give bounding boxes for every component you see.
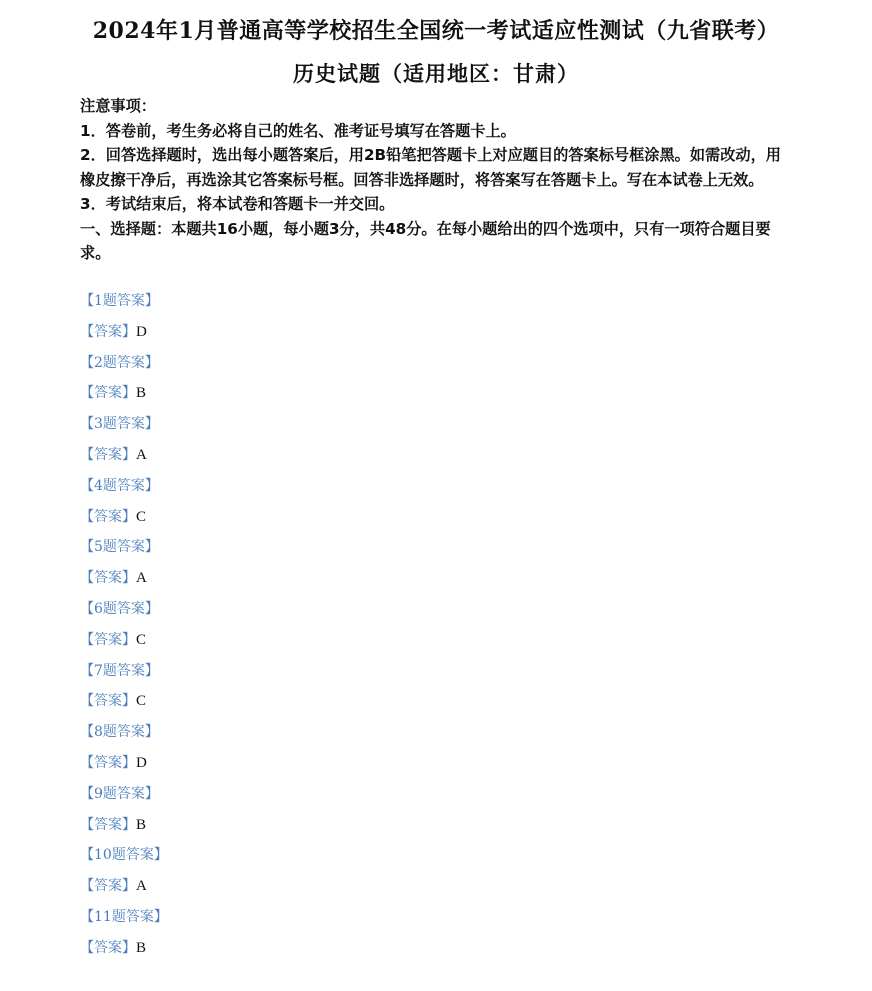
answer-value: A: [136, 447, 147, 463]
answer-prefix: 【答案】: [80, 878, 136, 894]
answer-value: A: [136, 570, 147, 586]
answer-row: 【答案】C: [80, 629, 168, 660]
answer-prefix: 【答案】: [80, 509, 136, 525]
answer-row: 【答案】B: [80, 382, 168, 413]
answer-row: 【答案】D: [80, 321, 168, 352]
question-label-row: 【4题答案】: [80, 475, 168, 506]
question-label: 【4题答案】: [80, 478, 159, 494]
answer-value: C: [136, 693, 146, 709]
question-label: 【6题答案】: [80, 601, 159, 617]
answer-value: C: [136, 632, 146, 648]
answer-row: 【答案】B: [80, 814, 168, 845]
answer-prefix: 【答案】: [80, 632, 136, 648]
question-label-row: 【9题答案】: [80, 783, 168, 814]
answer-row: 【答案】C: [80, 506, 168, 537]
question-label-row: 【1题答案】: [80, 290, 168, 321]
question-label: 【2题答案】: [80, 355, 159, 371]
instruction-item: 1．答卷前，考生务必将自己的姓名、准考证号填写在答题卡上。: [80, 119, 795, 144]
answer-prefix: 【答案】: [80, 940, 136, 956]
exam-title: 2024年1月普通高等学校招生全国统一考试适应性测试（九省联考）: [0, 14, 872, 45]
instruction-item: 3．考试结束后，将本试卷和答题卡一并交回。: [80, 192, 795, 217]
question-label-row: 【10题答案】: [80, 844, 168, 875]
question-label: 【1题答案】: [80, 293, 159, 309]
question-label: 【7题答案】: [80, 663, 159, 679]
question-label-row: 【8题答案】: [80, 721, 168, 752]
answer-row: 【答案】A: [80, 444, 168, 475]
question-label-row: 【3题答案】: [80, 413, 168, 444]
answer-value: B: [136, 817, 146, 833]
question-label-row: 【7题答案】: [80, 660, 168, 691]
question-label-row: 【2题答案】: [80, 352, 168, 383]
answer-value: A: [136, 878, 147, 894]
answer-prefix: 【答案】: [80, 755, 136, 771]
answer-value: B: [136, 940, 146, 956]
instructions-heading: 注意事项：: [80, 94, 795, 119]
answer-prefix: 【答案】: [80, 570, 136, 586]
answer-row: 【答案】A: [80, 567, 168, 598]
answer-prefix: 【答案】: [80, 324, 136, 340]
answer-list: 【1题答案】 【答案】D 【2题答案】 【答案】B 【3题答案】 【答案】A 【…: [80, 290, 168, 968]
answer-prefix: 【答案】: [80, 693, 136, 709]
answer-row: 【答案】D: [80, 752, 168, 783]
question-label: 【9题答案】: [80, 786, 159, 802]
answer-value: B: [136, 385, 146, 401]
question-label: 【5题答案】: [80, 539, 159, 555]
question-label-row: 【6题答案】: [80, 598, 168, 629]
instructions-block: 注意事项： 1．答卷前，考生务必将自己的姓名、准考证号填写在答题卡上。 2．回答…: [80, 94, 795, 266]
answer-value: D: [136, 755, 147, 771]
answer-prefix: 【答案】: [80, 447, 136, 463]
question-label: 【10题答案】: [80, 847, 168, 863]
answer-value: D: [136, 324, 147, 340]
question-label-row: 【11题答案】: [80, 906, 168, 937]
answer-value: C: [136, 509, 146, 525]
answer-row: 【答案】B: [80, 937, 168, 968]
question-label: 【11题答案】: [80, 909, 168, 925]
exam-subtitle: 历史试题（适用地区：甘肃）: [0, 58, 872, 88]
answer-prefix: 【答案】: [80, 385, 136, 401]
answer-prefix: 【答案】: [80, 817, 136, 833]
answer-row: 【答案】C: [80, 690, 168, 721]
answer-row: 【答案】A: [80, 875, 168, 906]
question-label-row: 【5题答案】: [80, 536, 168, 567]
section-heading: 一、选择题：本题共16小题，每小题3分，共48分。在每小题给出的四个选项中，只有…: [80, 217, 795, 266]
question-label: 【3题答案】: [80, 416, 159, 432]
question-label: 【8题答案】: [80, 724, 159, 740]
instruction-item: 2．回答选择题时，选出每小题答案后，用2B铅笔把答题卡上对应题目的答案标号框涂黑…: [80, 143, 795, 192]
